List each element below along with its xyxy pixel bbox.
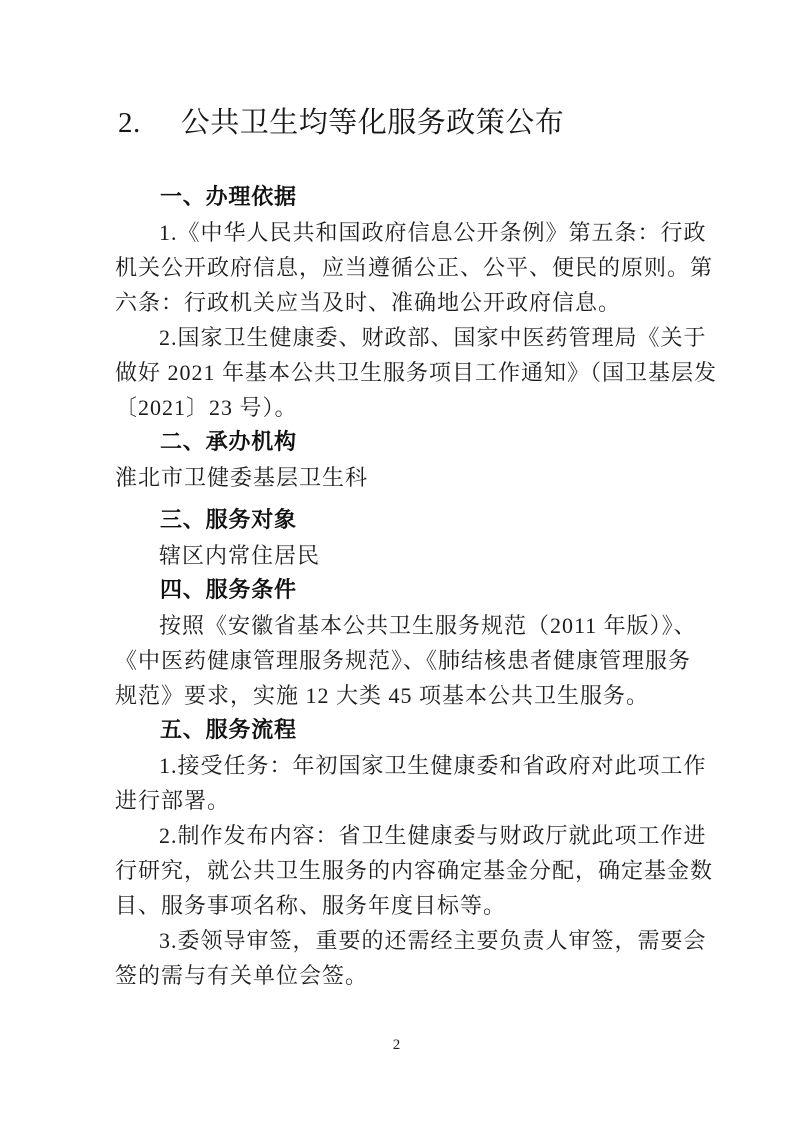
body-text-line: 3.委领导审签，重要的还需经主要负责人审签，需要会: [0, 923, 793, 958]
document-title: 2. 公共卫生均等化服务政策公布: [118, 100, 564, 141]
body-text-line: 辖区内常住居民: [0, 538, 793, 573]
body-text-line: 做好 2021 年基本公共卫生服务项目工作通知》（国卫基层发: [0, 355, 793, 390]
page-footer: 2: [0, 1037, 793, 1054]
title-text: 公共卫生均等化服务政策公布: [181, 100, 565, 141]
section-heading: 一、办理依据: [0, 180, 793, 215]
document-body: 一、办理依据1.《中华人民共和国政府信息公开条例》第五条：行政机关公开政府信息，…: [0, 180, 793, 993]
section-heading: 二、承办机构: [0, 425, 793, 460]
section-heading: 五、服务流程: [0, 713, 793, 748]
body-text-line: 规范》要求，实施 12 大类 45 项基本公共卫生服务。: [0, 678, 793, 713]
body-text-line: 2.制作发布内容：省卫生健康委与财政厅就此项工作进: [0, 818, 793, 853]
body-text-line: 目、服务事项名称、服务年度目标等。: [0, 888, 793, 923]
body-text-line: 机关公开政府信息，应当遵循公正、公平、便民的原则。第: [0, 250, 793, 285]
title-number: 2.: [118, 107, 141, 140]
body-text-line: 进行部署。: [0, 783, 793, 818]
body-text-line: 〔2021〕23 号）。: [0, 390, 793, 425]
body-text-line: 行研究，就公共卫生服务的内容确定基金分配，确定基金数: [0, 853, 793, 888]
body-text-line: 1.接受任务：年初国家卫生健康委和省政府对此项工作: [0, 748, 793, 783]
body-text-line: 2.国家卫生健康委、财政部、国家中医药管理局《关于: [0, 320, 793, 355]
section-heading: 四、服务条件: [0, 573, 793, 608]
page-number: 2: [393, 1037, 401, 1053]
section-heading: 三、服务对象: [0, 503, 793, 538]
body-text-line: 签的需与有关单位会签。: [0, 958, 793, 993]
body-text-line: 按照《安徽省基本公共卫生服务规范（2011 年版）》、: [0, 608, 793, 643]
body-text-line: 《中医药健康管理服务规范》、《肺结核患者健康管理服务: [0, 643, 793, 678]
body-text-line: 淮北市卫健委基层卫生科: [0, 460, 793, 495]
body-text-line: 六条：行政机关应当及时、准确地公开政府信息。: [0, 285, 793, 320]
body-text-line: 1.《中华人民共和国政府信息公开条例》第五条：行政: [0, 215, 793, 250]
document-page: 2. 公共卫生均等化服务政策公布 一、办理依据1.《中华人民共和国政府信息公开条…: [0, 0, 793, 1122]
